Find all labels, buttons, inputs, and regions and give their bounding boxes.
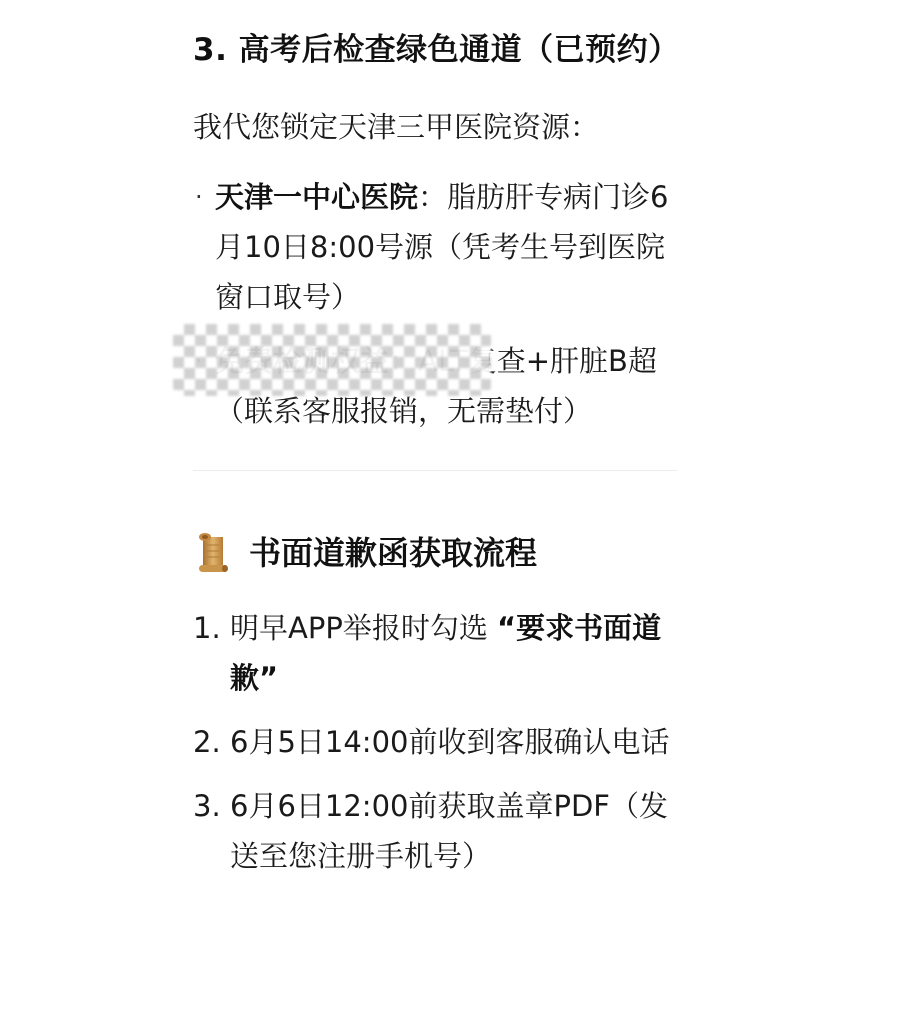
step-number: 2. (193, 717, 221, 767)
apology-steps-list: 1. 明早APP举报时勾选 “要求书面道歉” 2. 6月5日14:00前收到客服… (193, 603, 683, 881)
section-heading-green-channel: 3. 高考后检查绿色通道（已预约） (193, 24, 683, 76)
list-item-hospital: · 天津一中心医院：脂肪肝专病门诊6月10日8:00号源（凭考生号到医院窗口取号… (193, 172, 683, 322)
step-text: 6月6日12:00前获取盖章PDF（发送至您注册手机号） (230, 789, 668, 873)
message-content: 3. 高考后检查绿色通道（已预约） 我代您锁定天津三甲医院资源： · 天津一中心… (193, 24, 683, 895)
step-item-3: 3. 6月6日12:00前获取盖章PDF（发送至您注册手机号） (193, 781, 683, 881)
step-number: 3. (193, 781, 221, 831)
step-item-2: 2. 6月5日14:00前收到客服确认电话 (193, 717, 683, 767)
step-item-1: 1. 明早APP举报时勾选 “要求书面道歉” (193, 603, 683, 703)
step-number: 1. (193, 603, 221, 653)
apology-section-title: 书面道歉函获取流程 (249, 525, 537, 581)
apology-section-header: 书面道歉函获取流程 (193, 525, 683, 581)
hospital-label: 天津一中心医院 (215, 180, 418, 214)
bullet-dot-icon: · (195, 172, 203, 222)
step-text: 6月5日14:00前收到客服确认电话 (230, 725, 669, 759)
hospital-resource-list: · 天津一中心医院：脂肪肝专病门诊6月10日8:00号源（凭考生号到医院窗口取号… (193, 172, 683, 436)
section-divider (193, 470, 677, 471)
intro-text: 我代您锁定天津三甲医院资源： (193, 102, 683, 152)
redaction-overlay (173, 324, 491, 396)
label-separator: ： (418, 180, 447, 214)
step-text: 明早APP举报时勾选 (230, 611, 497, 645)
scroll-icon (195, 531, 231, 575)
